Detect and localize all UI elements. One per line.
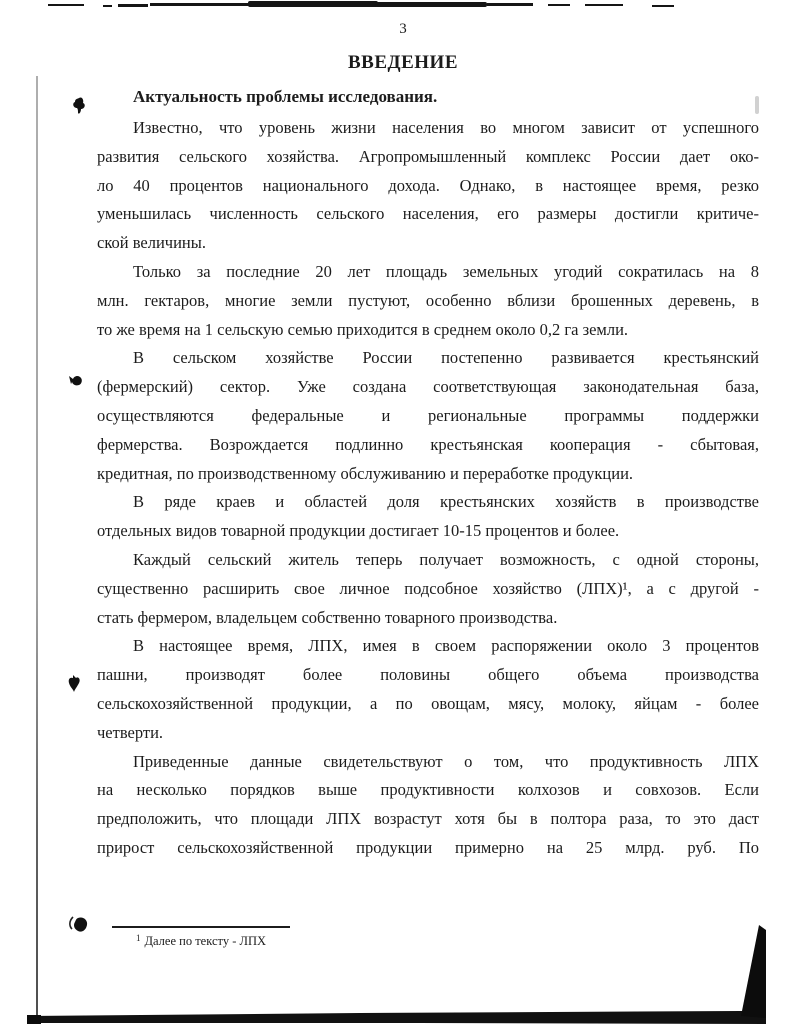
document-title: ВВЕДЕНИЕ <box>348 52 458 74</box>
text-line: отдельных видов товарной продукции дости… <box>97 517 759 546</box>
scanned-document-page: { "page": { "number": "3", "title": "ВВЕ… <box>0 0 797 1028</box>
body-text: Известно, что уровень жизни населения во… <box>97 114 759 863</box>
text-line: ло 40 процентов национального дохода. Од… <box>97 172 759 201</box>
ink-blot-artifact <box>64 672 84 696</box>
scan-edge-top-artifact <box>0 0 797 12</box>
ink-blot-artifact <box>70 96 90 118</box>
paragraph: Только за последние 20 лет площадь земел… <box>97 258 759 344</box>
right-margin-smudge-artifact <box>755 96 759 114</box>
paragraph: В настоящее время, ЛПХ, имея в своем рас… <box>97 632 759 747</box>
text-line: предположить, что площади ЛПХ возрастут … <box>97 805 759 834</box>
text-line: ской величины. <box>97 229 759 258</box>
text-line: осуществляются федеральные и региональны… <box>97 402 759 431</box>
text-line: прирост сельскохозяйственной продукции п… <box>97 834 759 863</box>
paragraph: Каждый сельский житель теперь получает в… <box>97 546 759 632</box>
text-line: стать фермером, владельцем собственно то… <box>97 604 759 633</box>
text-line: сельскохозяйственной продукции, а по ово… <box>97 690 759 719</box>
paragraph: Известно, что уровень жизни населения во… <box>97 114 759 258</box>
text-line: В сельском хозяйстве России постепенно р… <box>97 344 759 373</box>
footnote-separator-rule <box>112 926 290 928</box>
text-line: Только за последние 20 лет площадь земел… <box>97 258 759 287</box>
paragraph: В ряде краев и областей доля крестьянски… <box>97 488 759 546</box>
text-line: на несколько порядков выше продуктивност… <box>97 776 759 805</box>
text-line: (фермерский) сектор. Уже создана соответ… <box>97 373 759 402</box>
footnote: 1Далее по тексту - ЛПХ <box>136 933 266 949</box>
text-line: кредитная, по производственному обслужив… <box>97 460 759 489</box>
text-line: Приведенные данные свидетельствуют о том… <box>97 748 759 777</box>
text-line: существенно расширить свое личное подсоб… <box>97 575 759 604</box>
text-line: В настоящее время, ЛПХ, имея в своем рас… <box>97 632 759 661</box>
text-line: фермерства. Возрождается подлинно кресть… <box>97 431 759 460</box>
text-line: развития сельского хозяйства. Агропромыш… <box>97 143 759 172</box>
ink-blot-artifact <box>64 914 94 942</box>
text-line: Каждый сельский житель теперь получает в… <box>97 546 759 575</box>
footnote-text: Далее по тексту - ЛПХ <box>145 934 267 948</box>
footnote-marker: 1 <box>136 933 141 943</box>
text-line: млн. гектаров, многие земли пустуют, осо… <box>97 287 759 316</box>
text-line: четверти. <box>97 719 759 748</box>
paragraph: В сельском хозяйстве России постепенно р… <box>97 344 759 488</box>
scan-edge-bottom-artifact <box>0 905 797 1028</box>
paragraph: Приведенные данные свидетельствуют о том… <box>97 748 759 863</box>
text-line: В ряде краев и областей доля крестьянски… <box>97 488 759 517</box>
section-heading: Актуальность проблемы исследования. <box>133 87 437 107</box>
page-number: 3 <box>399 21 407 38</box>
text-line: пашни, производят более половины общего … <box>97 661 759 690</box>
text-line: уменьшилась численность сельского населе… <box>97 200 759 229</box>
text-line: Известно, что уровень жизни населения во… <box>97 114 759 143</box>
scan-edge-left-artifact <box>36 76 38 1018</box>
ink-blot-artifact <box>66 372 88 392</box>
text-line: то же время на 1 сельскую семью приходит… <box>97 316 759 345</box>
